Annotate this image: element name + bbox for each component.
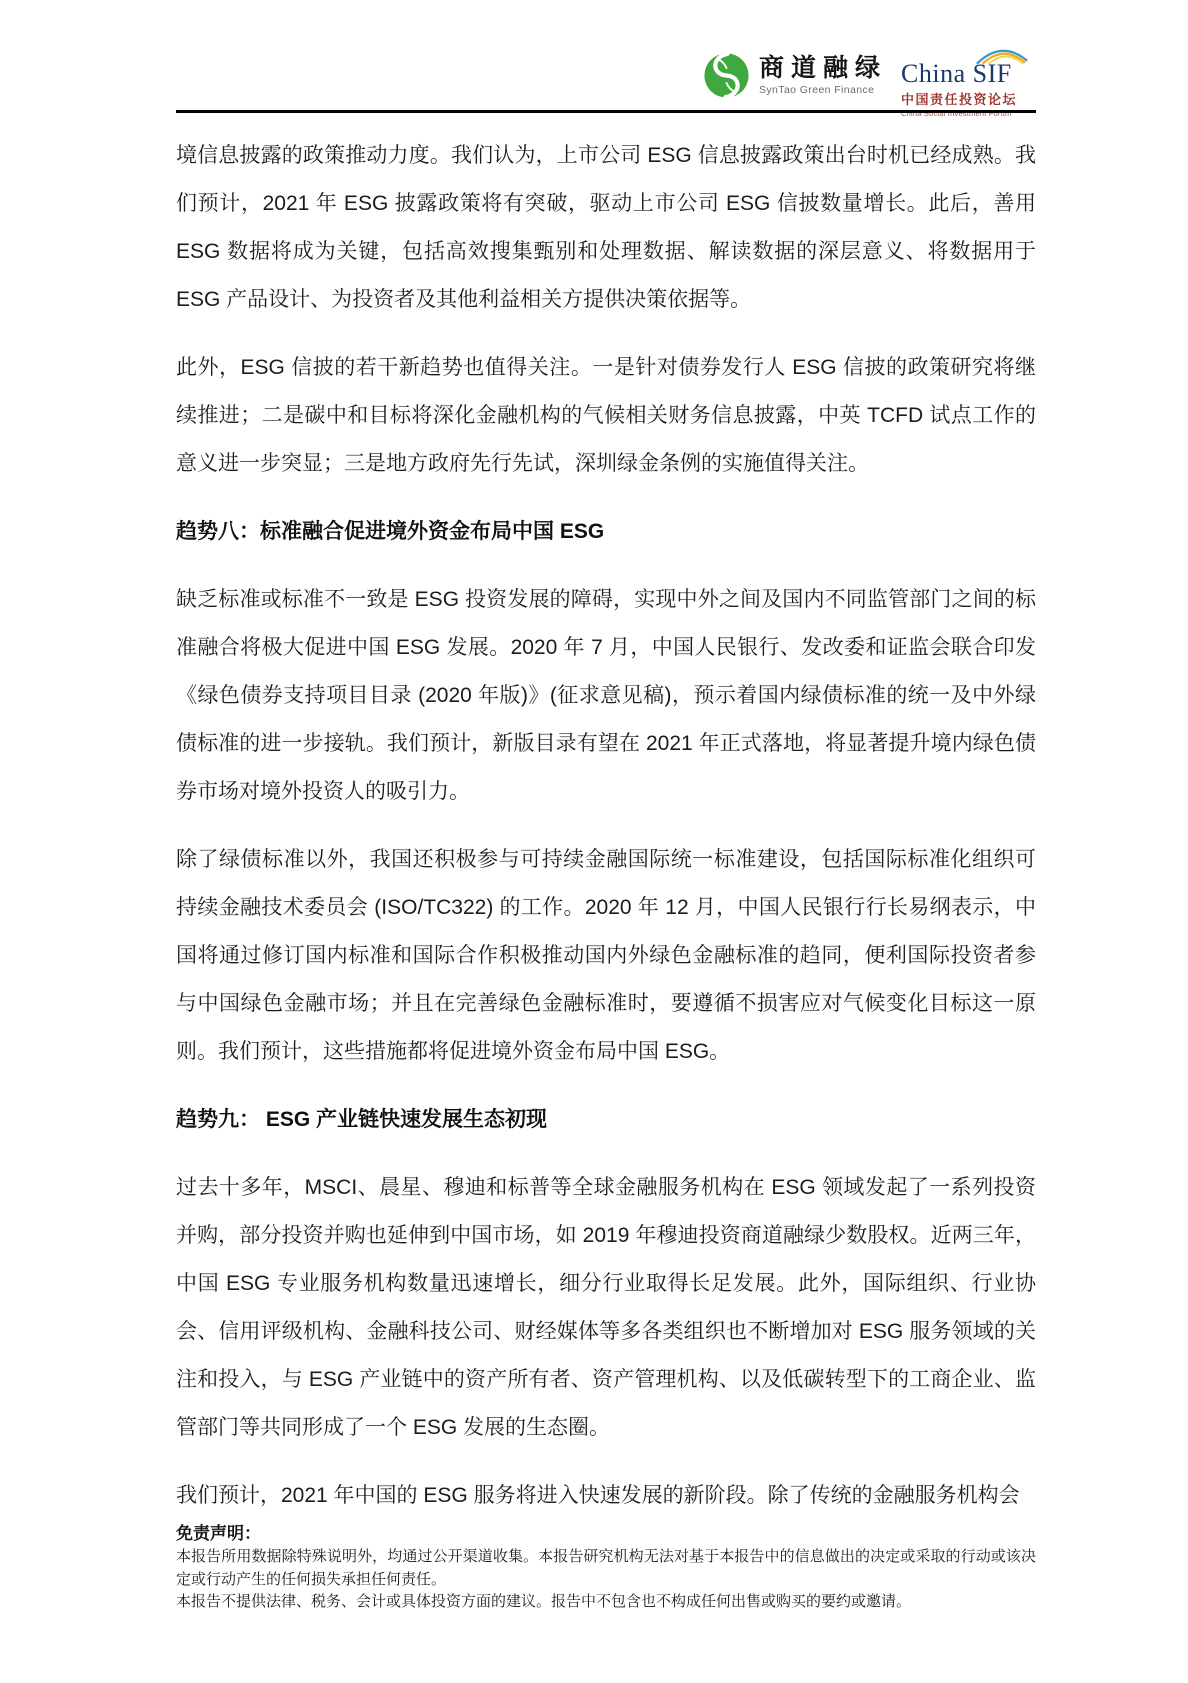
- paragraph-iso-standards: 除了绿债标准以外，我国还积极参与可持续金融国际统一标准建设，包括国际标准化组织可…: [176, 836, 1036, 1076]
- syntao-name-en: SynTao Green Finance: [759, 84, 887, 96]
- page-header: 商道融绿 SynTao Green Finance China SIF 中国责任…: [0, 0, 1188, 115]
- paragraph-esg-disclosure: 境信息披露的政策推动力度。我们认为，上市公司 ESG 信息披露政策出台时机已经成…: [176, 132, 1036, 324]
- disclaimer-line-2: 本报告不提供法律、税务、会计或具体投资方面的建议。报告中不包含也不构成任何出售或…: [176, 1591, 1036, 1614]
- document-body: 境信息披露的政策推动力度。我们认为，上市公司 ESG 信息披露政策出台时机已经成…: [176, 132, 1036, 1540]
- syntao-logo-text: 商道融绿 SynTao Green Finance: [759, 52, 887, 96]
- disclaimer-footer: 免责声明： 本报告所用数据除特殊说明外，均通过公开渠道收集。本报告研究机构无法对…: [176, 1522, 1036, 1614]
- paragraph-2021-outlook: 我们预计，2021 年中国的 ESG 服务将进入快速发展的新阶段。除了传统的金融…: [176, 1472, 1036, 1520]
- disclaimer-line-1: 本报告所用数据除特殊说明外，均通过公开渠道收集。本报告研究机构无法对基于本报告中…: [176, 1546, 1036, 1591]
- report-page: 商道融绿 SynTao Green Finance China SIF 中国责任…: [0, 0, 1188, 1683]
- paragraph-green-bond-catalogue: 缺乏标准或标准不一致是 ESG 投资发展的障碍，实现中外之间及国内不同监管部门之…: [176, 576, 1036, 816]
- header-divider: [176, 110, 1036, 113]
- section-heading-trend8: 趋势八：标准融合促进境外资金布局中国 ESG: [176, 508, 1036, 556]
- paragraph-esg-industry-chain: 过去十多年，MSCI、晨星、穆迪和标普等全球金融服务机构在 ESG 领域发起了一…: [176, 1164, 1036, 1452]
- chinasif-logo: China SIF 中国责任投资论坛 China Social Investme…: [901, 46, 1041, 118]
- syntao-leaf-icon: [703, 52, 750, 99]
- syntao-name-cn: 商道融绿: [759, 54, 887, 82]
- chinasif-arc-icon: [973, 45, 1031, 65]
- syntao-logo: 商道融绿 SynTao Green Finance: [703, 52, 887, 99]
- chinasif-name-cn: 中国责任投资论坛: [901, 89, 1041, 108]
- section-heading-trend9: 趋势九： ESG 产业链快速发展生态初现: [176, 1096, 1036, 1144]
- paragraph-new-trends: 此外，ESG 信披的若干新趋势也值得关注。一是针对债券发行人 ESG 信披的政策…: [176, 344, 1036, 488]
- disclaimer-title: 免责声明：: [176, 1522, 1036, 1546]
